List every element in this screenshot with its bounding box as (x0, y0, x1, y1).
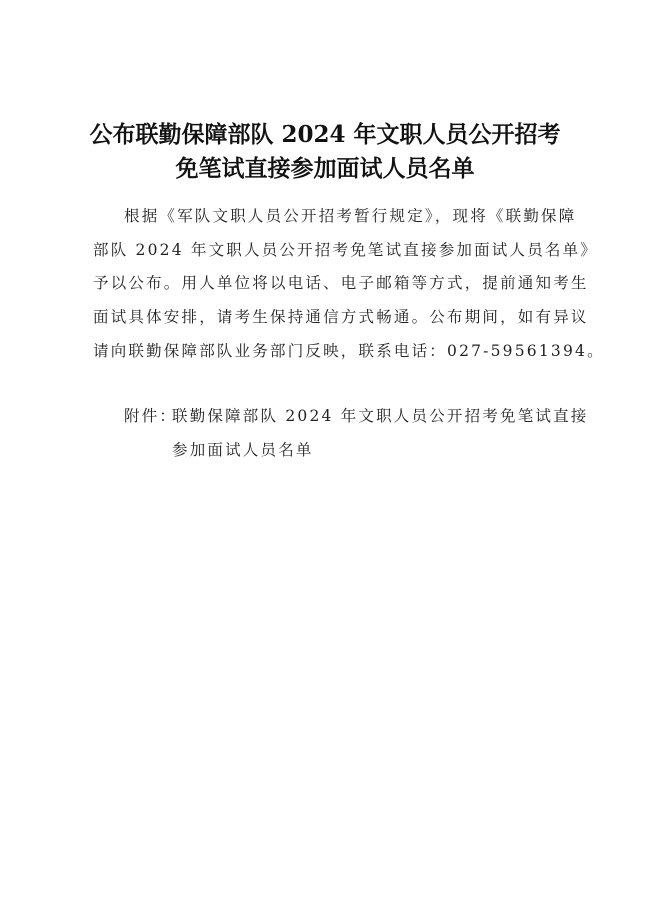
body-paragraph-line: 请向联勤保障部队业务部门反映，联系电话：027-59561394。 (93, 341, 605, 361)
body-paragraph-line: 面试具体安排，请考生保持通信方式畅通。公布期间，如有异议 (93, 307, 589, 327)
document-page: 公布联勤保障部队 2024 年文职人员公开招考 免笔试直接参加面试人员名单 根据… (0, 0, 650, 920)
document-title-line-1: 公布联勤保障部队 2024 年文职人员公开招考 (60, 118, 590, 152)
body-paragraph-line: 根据《军队文职人员公开招考暂行规定》，现将《联勤保障 (124, 206, 576, 226)
document-title-line-2: 免笔试直接参加面试人员名单 (60, 152, 590, 186)
attachment-title-line: 联勤保障部队 2024 年文职人员公开招考免笔试直接 (172, 406, 589, 426)
attachment-title-line: 参加面试人员名单 (172, 440, 314, 460)
body-paragraph-line: 予以公布。用人单位将以电话、电子邮箱等方式，提前通知考生 (93, 273, 589, 293)
attachment-label: 附件： (124, 406, 177, 426)
body-paragraph-line: 部队 2024 年文职人员公开招考免笔试直接参加面试人员名单》 (93, 240, 598, 260)
